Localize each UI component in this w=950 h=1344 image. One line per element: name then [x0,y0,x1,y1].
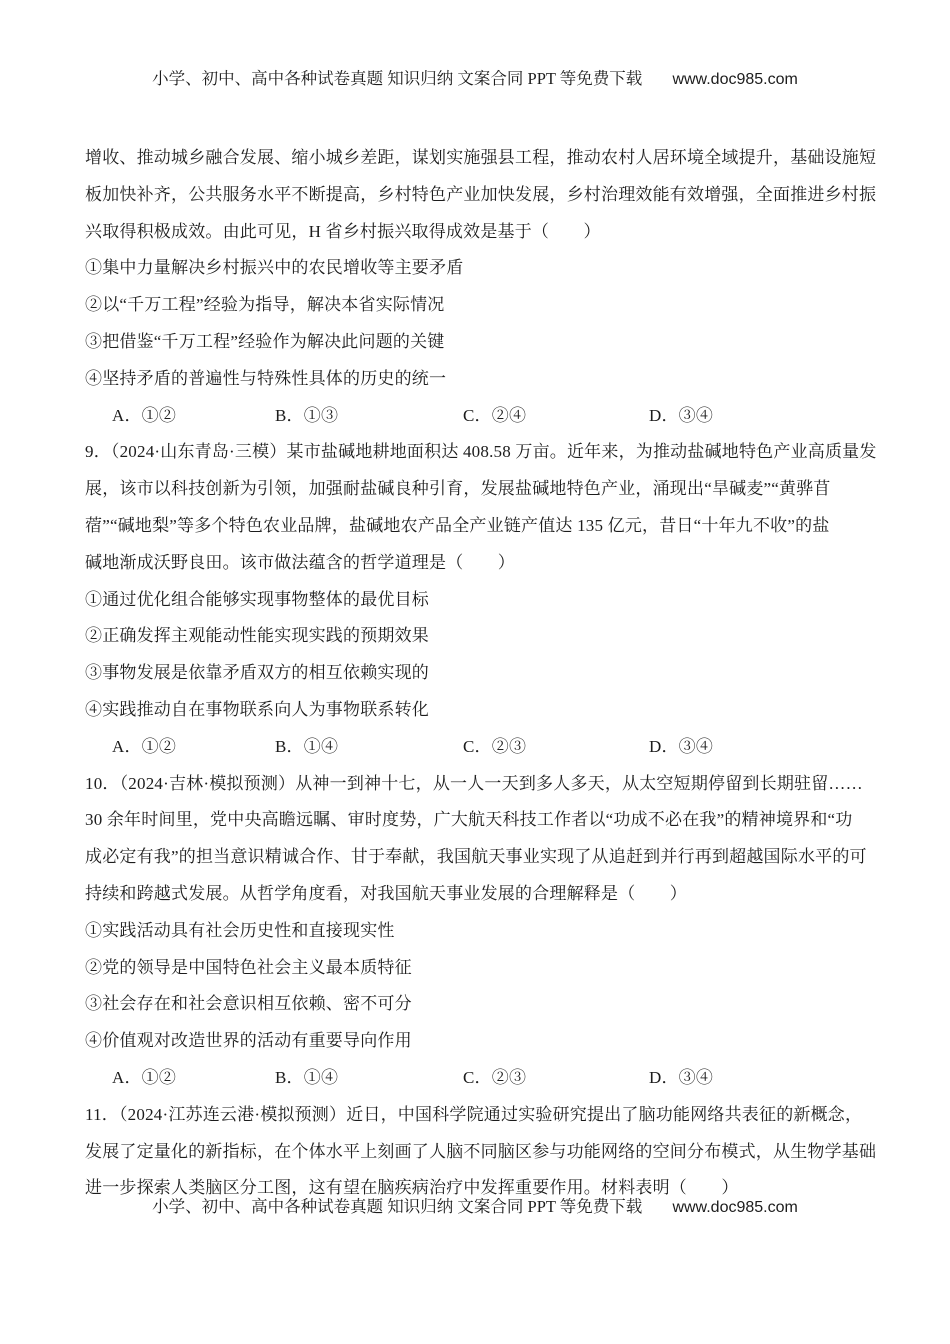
q9-stem-line-3: 蓿”“碱地梨”等多个特色农业品牌，盐碱地农产品全产业链产值达 135 亿元，昔日… [85,508,867,545]
q8-choice-b: B．①③ [275,398,463,435]
header-slogan: 小学、初中、高中各种试卷真题 知识归纳 文案合同 PPT 等免费下载 [152,69,642,88]
q9-choices-row: A．①② B．①④ C．②③ D．③④ [85,729,867,766]
q8-choice-c: C．②④ [463,398,649,435]
q10-item-4: ④价值观对改造世界的活动有重要导向作用 [85,1023,867,1060]
q10-choice-b: B．①④ [275,1060,463,1097]
q10-stem-line-3: 成必定有我”的担当意识精诚合作、甘于奉献，我国航天事业实现了从追赶到并行再到超越… [85,839,867,876]
q10-item-1: ①实践活动具有社会历史性和直接现实性 [85,913,867,950]
q8-item-4: ④坚持矛盾的普遍性与特殊性具体的历史的统一 [85,361,867,398]
q9-choice-d: D．③④ [649,729,713,766]
q10-stem-line-1: 10．（2024·吉林·模拟预测）从神一到神十七，从一人一天到多人多天，从太空短… [85,766,867,803]
q10-item-3: ③社会存在和社会意识相互依赖、密不可分 [85,986,867,1023]
q9-item-4: ④实践推动自在事物联系向人为事物联系转化 [85,692,867,729]
q11-stem-line-1: 11．（2024·江苏连云港·模拟预测）近日，中国科学院通过实验研究提出了脑功能… [85,1097,867,1134]
page-footer: 小学、初中、高中各种试卷真题 知识归纳 文案合同 PPT 等免费下载 www.d… [0,1197,950,1218]
footer-site-url: www.doc985.com [672,1198,797,1218]
q8-stem-line-1: 增收、推动城乡融合发展、缩小城乡差距，谋划实施强县工程，推动农村人居环境全域提升… [85,140,867,177]
document-body: 增收、推动城乡融合发展、缩小城乡差距，谋划实施强县工程，推动农村人居环境全域提升… [85,140,867,1207]
q9-choice-b: B．①④ [275,729,463,766]
q8-item-1: ①集中力量解决乡村振兴中的农民增收等主要矛盾 [85,250,867,287]
q9-stem-line-4: 碱地渐成沃野良田。该市做法蕴含的哲学道理是（ ） [85,545,867,582]
q10-choice-a: A．①② [112,1060,275,1097]
q9-stem-line-2: 展，该市以科技创新为引领，加强耐盐碱良种引育，发展盐碱地特色产业，涌现出“旱碱麦… [85,471,867,508]
footer-slogan: 小学、初中、高中各种试卷真题 知识归纳 文案合同 PPT 等免费下载 [152,1197,642,1216]
q10-choices-row: A．①② B．①④ C．②③ D．③④ [85,1060,867,1097]
q10-item-2: ②党的领导是中国特色社会主义最本质特征 [85,950,867,987]
q8-choices-row: A．①② B．①③ C．②④ D．③④ [85,398,867,435]
q10-stem-line-4: 持续和跨越式发展。从哲学角度看，对我国航天事业发展的合理解释是（ ） [85,876,867,913]
q11-stem-line-2: 发展了定量化的新指标，在个体水平上刻画了人脑不同脑区参与功能网络的空间分布模式，… [85,1134,867,1171]
q10-choice-d: D．③④ [649,1060,713,1097]
q9-stem-line-1: 9．（2024·山东青岛·三模）某市盐碱地耕地面积达 408.58 万亩。近年来… [85,434,867,471]
q8-item-3: ③把借鉴“千万工程”经验作为解决此问题的关键 [85,324,867,361]
q8-stem-line-3: 兴取得积极成效。由此可见，H 省乡村振兴取得成效是基于（ ） [85,214,867,251]
q9-item-2: ②正确发挥主观能动性能实现实践的预期效果 [85,618,867,655]
q9-choice-a: A．①② [112,729,275,766]
q9-item-1: ①通过优化组合能够实现事物整体的最优目标 [85,582,867,619]
header-site-url: www.doc985.com [672,70,797,90]
q8-item-2: ②以“千万工程”经验为指导，解决本省实际情况 [85,287,867,324]
q10-choice-c: C．②③ [463,1060,649,1097]
q10-stem-line-2: 30 余年时间里，党中央高瞻远瞩、审时度势，广大航天科技工作者以“功成不必在我”… [85,802,867,839]
q8-stem-line-2: 板加快补齐，公共服务水平不断提高，乡村特色产业加快发展，乡村治理效能有效增强，全… [85,177,867,214]
q8-choice-d: D．③④ [649,398,713,435]
exam-document-page: 小学、初中、高中各种试卷真题 知识归纳 文案合同 PPT 等免费下载 www.d… [0,0,950,1344]
q9-choice-c: C．②③ [463,729,649,766]
q8-choice-a: A．①② [112,398,275,435]
q9-item-3: ③事物发展是依靠矛盾双方的相互依赖实现的 [85,655,867,692]
page-header: 小学、初中、高中各种试卷真题 知识归纳 文案合同 PPT 等免费下载 www.d… [0,69,950,90]
